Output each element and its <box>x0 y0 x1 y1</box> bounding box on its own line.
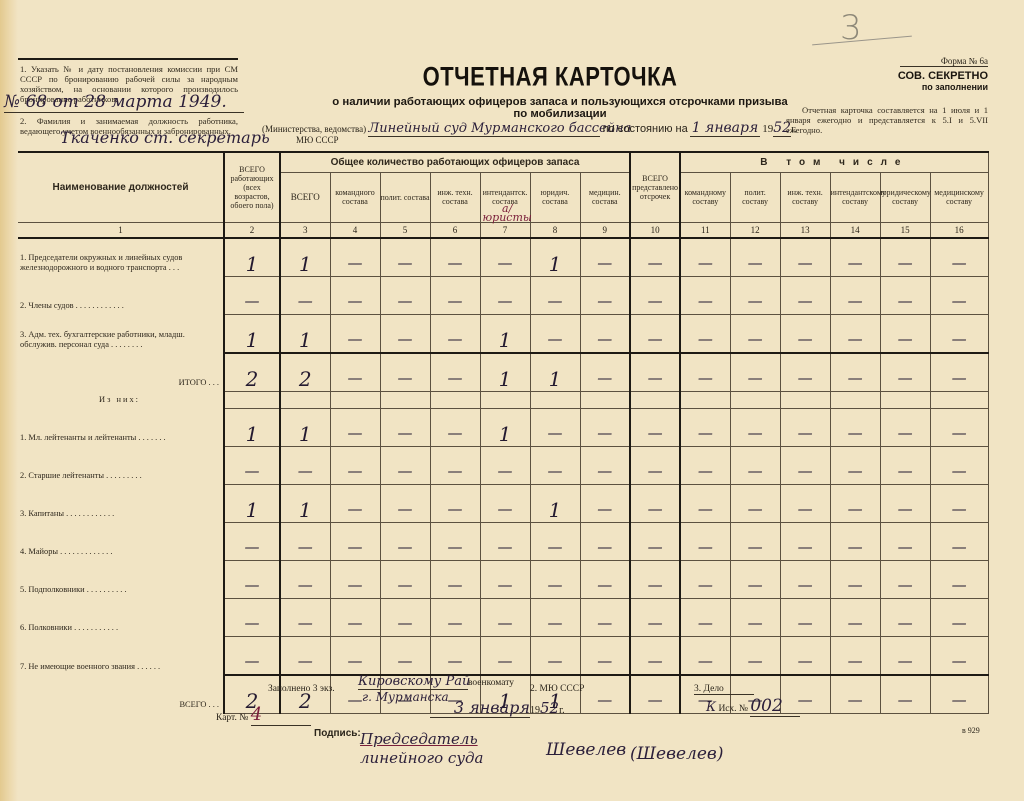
table-cell-col-3: 2 <box>280 353 330 392</box>
table-cell-col-8: — <box>530 560 580 598</box>
table-cell-col-16: — <box>930 598 988 636</box>
outgoing-prefix: К <box>706 700 716 715</box>
outgoing-label: Исх. № <box>718 704 748 714</box>
table-cell-col-15: — <box>880 484 930 522</box>
table-cell-col-2: — <box>224 636 280 675</box>
table-cell-col-15: — <box>880 446 930 484</box>
table-cell-col-10: — <box>630 484 680 522</box>
table-cell-col-14: — <box>830 238 880 277</box>
table-cell-col-7: — <box>480 484 530 522</box>
table-cell-col-11: — <box>680 238 730 277</box>
fill-date-year: 52 <box>540 699 559 717</box>
table-cell-col-9: — <box>580 560 630 598</box>
table-row: 7. Не имеющие военного звания . . . . . … <box>18 636 988 675</box>
table-cell-col-3: — <box>280 598 330 636</box>
signature-title: Председатель линейного суда <box>360 730 483 768</box>
table-cell-col-8: 1 <box>530 238 580 277</box>
col-header-political: полит. состава <box>380 172 430 222</box>
note-1-value: № 68 от 28 марта 1949. <box>4 92 244 113</box>
table-cell-col-8: 1 <box>530 484 580 522</box>
form-number: Форма № 6а <box>900 56 988 67</box>
fill-date-value: 3 января <box>430 698 530 718</box>
row-label: 1. Мл. лейтенанты и лейтенанты . . . . .… <box>18 408 224 446</box>
table-cell-col-8: — <box>530 314 580 353</box>
table-cell-col-15 <box>880 391 930 408</box>
table-cell-col-2: 1 <box>224 408 280 446</box>
col-header-command: командного состава <box>330 172 380 222</box>
table-cell-col-16: — <box>930 522 988 560</box>
filled-label: Заполнено 3 экз. <box>268 684 335 694</box>
row-label: 2. Старшие лейтенанты . . . . . . . . . <box>18 446 224 484</box>
table-cell-col-15: — <box>880 276 930 314</box>
table-cell-col-10: — <box>630 675 680 714</box>
table-cell-col-14: — <box>830 484 880 522</box>
fill-date: 3 января1952г. <box>430 698 565 718</box>
col-number: 15 <box>880 222 930 238</box>
table-cell-col-4: — <box>330 560 380 598</box>
as-of-label: по состоянию на <box>603 123 688 135</box>
table-cell-col-15: — <box>880 238 930 277</box>
table-cell-col-11 <box>680 391 730 408</box>
row-label: ИТОГО . . . <box>18 353 224 392</box>
table-cell-col-3: — <box>280 636 330 675</box>
table-row: 2. Старшие лейтенанты . . . . . . . . .—… <box>18 446 988 484</box>
table-cell-col-5: — <box>380 408 430 446</box>
table-cell-col-8: 1 <box>530 353 580 392</box>
table-cell-col-13: — <box>780 560 830 598</box>
col-number: 7 <box>480 222 530 238</box>
table-cell-col-11: — <box>680 560 730 598</box>
table-cell-col-14: — <box>830 636 880 675</box>
table-cell-col-6: — <box>430 598 480 636</box>
table-cell-col-13: — <box>780 353 830 392</box>
table-cell-col-2: — <box>224 446 280 484</box>
table-cell-col-6: — <box>430 408 480 446</box>
table-cell-col-13: — <box>780 314 830 353</box>
copy-1: Кировскому Райвоенкомату <box>358 674 514 690</box>
table-cell-col-8: — <box>530 598 580 636</box>
table-body: 1. Председатели окружных и линейных судо… <box>18 238 988 714</box>
table-cell-col-13: — <box>780 446 830 484</box>
table-cell-col-5: — <box>380 522 430 560</box>
table-cell-col-7: 1 <box>480 408 530 446</box>
note-2-value: Ткаченко ст. секретарь <box>60 128 270 147</box>
col-group-reserve-officers: Общее количество работающих офицеров зап… <box>280 152 630 172</box>
table-cell-col-5: — <box>380 314 430 353</box>
outgoing-value: 002 <box>750 696 800 717</box>
col-group-including: В том числе <box>680 152 988 172</box>
table-cell-col-2: 1 <box>224 238 280 277</box>
table-cell-col-3: — <box>280 522 330 560</box>
table-cell-col-8: — <box>530 408 580 446</box>
table-cell-col-7: — <box>480 238 530 277</box>
table-cell-col-12: — <box>730 276 780 314</box>
table-cell-col-4: — <box>330 636 380 675</box>
schedule-note: Отчетная карточка составляется на 1 июля… <box>786 105 988 135</box>
table-cell-col-9: — <box>580 522 630 560</box>
table-cell-col-7: 1 <box>480 353 530 392</box>
table-cell-col-14: — <box>830 560 880 598</box>
table-cell-col-9: — <box>580 276 630 314</box>
col-header-medical: медицин. состава <box>580 172 630 222</box>
table-cell-col-2: — <box>224 560 280 598</box>
col-header-total: ВСЕГО <box>280 172 330 222</box>
col-header-political-deferral: полит. составу <box>730 172 780 222</box>
table-cell-col-5: — <box>380 484 430 522</box>
table-cell-col-9 <box>580 391 630 408</box>
signature-title-line-2: линейного суда <box>360 749 483 768</box>
table-cell-col-5: — <box>380 238 430 277</box>
table-cell-col-6: — <box>430 238 480 277</box>
copy-3: 3. Дело <box>694 684 754 695</box>
table-cell-col-14: — <box>830 408 880 446</box>
row-label: 6. Полковники . . . . . . . . . . . <box>18 598 224 636</box>
table-cell-col-15: — <box>880 560 930 598</box>
row-label: 5. Подполковники . . . . . . . . . . <box>18 560 224 598</box>
table-cell-col-6: — <box>430 522 480 560</box>
table-cell-col-4 <box>330 391 380 408</box>
col-header-command-deferral: командному составу <box>680 172 730 222</box>
table-cell-col-10: — <box>630 446 680 484</box>
col-number: 14 <box>830 222 880 238</box>
table-cell-col-10: — <box>630 522 680 560</box>
table-cell-col-11: — <box>680 408 730 446</box>
table-cell-col-3: — <box>280 446 330 484</box>
table-cell-col-7: — <box>480 560 530 598</box>
table-cell-col-10: — <box>630 276 680 314</box>
table-cell-col-16: — <box>930 314 988 353</box>
table-cell-col-13: — <box>780 484 830 522</box>
col-number: 8 <box>530 222 580 238</box>
copy-1-suffix: военкомату <box>468 678 514 688</box>
table-cell-col-11: — <box>680 353 730 392</box>
card-label: Карт. № <box>216 713 248 723</box>
table-cell-col-5: — <box>380 353 430 392</box>
col-header-quartermaster: интендантск. состава а/юристы <box>480 172 530 222</box>
table-cell-col-12: — <box>730 484 780 522</box>
table-cell-col-9: — <box>580 636 630 675</box>
table-cell-col-4: — <box>330 484 380 522</box>
col-header-juridical-deferral: юридическому составу <box>880 172 930 222</box>
table-cell-col-6: — <box>430 314 480 353</box>
table-cell-col-14 <box>830 391 880 408</box>
col-header-medical-deferral: медицинскому составу <box>930 172 988 222</box>
table-cell-col-2: 2 <box>224 353 280 392</box>
table-cell-col-6: — <box>430 276 480 314</box>
table-cell-col-8: — <box>530 276 580 314</box>
table-cell-col-12: — <box>730 446 780 484</box>
table-cell-col-14: — <box>830 522 880 560</box>
col-annotation-lawyers: а/юристы <box>483 204 532 222</box>
table-cell-col-6: — <box>430 446 480 484</box>
table-row: 1. Председатели окружных и линейных судо… <box>18 238 988 277</box>
row-label: 3. Капитаны . . . . . . . . . . . . <box>18 484 224 522</box>
table-cell-col-12: — <box>730 636 780 675</box>
table-cell-col-16: — <box>930 446 988 484</box>
table-cell-col-10: — <box>630 238 680 277</box>
table-cell-col-13: — <box>780 598 830 636</box>
table-cell-col-4: — <box>330 238 380 277</box>
table-cell-col-12: — <box>730 314 780 353</box>
col-number: 9 <box>580 222 630 238</box>
row-label: 1. Председатели окружных и линейных судо… <box>18 238 224 277</box>
table-cell-col-11: — <box>680 598 730 636</box>
card-number: Карт. № 4 <box>216 704 311 726</box>
col-header-total-workers: ВСЕГО работающих (всех возрастов, обоего… <box>224 152 280 222</box>
col-number: 10 <box>630 222 680 238</box>
table-cell-col-9: — <box>580 446 630 484</box>
signature-label: Подпись: <box>314 728 361 739</box>
table-cell-col-12: — <box>730 238 780 277</box>
table-row: 5. Подполковники . . . . . . . . . .————… <box>18 560 988 598</box>
table-subheader-row: Из них: <box>18 391 988 408</box>
table-cell-col-15: — <box>880 598 930 636</box>
col-number: 6 <box>430 222 480 238</box>
table-cell-col-5: — <box>380 560 430 598</box>
col-number: 2 <box>224 222 280 238</box>
table-cell-col-10: — <box>630 598 680 636</box>
table-cell-col-15: — <box>880 636 930 675</box>
col-number: 5 <box>380 222 430 238</box>
table-cell-col-15: — <box>880 408 930 446</box>
table-cell-col-6: — <box>430 636 480 675</box>
table-cell-col-7: — <box>480 636 530 675</box>
table-cell-col-16 <box>930 391 988 408</box>
table-cell-col-4: — <box>330 408 380 446</box>
table-cell-col-3: 1 <box>280 238 330 277</box>
signature-printed-name: (Шевелев) <box>630 744 723 764</box>
ministry-value: Линейный суд Мурманского бассейна <box>368 121 600 137</box>
table-cell-col-2 <box>224 391 280 408</box>
table-cell-col-4: — <box>330 522 380 560</box>
table-cell-col-12: — <box>730 408 780 446</box>
copy-1-value: Кировскому Рай <box>358 674 468 690</box>
table-cell-col-12 <box>730 391 780 408</box>
table-cell-col-6: — <box>430 484 480 522</box>
table-cell-col-2: — <box>224 522 280 560</box>
table-cell-col-10: — <box>630 353 680 392</box>
fill-date-year-prefix: 19 <box>530 705 540 716</box>
table-cell-col-13: — <box>780 408 830 446</box>
table-cell-col-16: — <box>930 408 988 446</box>
table-cell-col-12: — <box>730 522 780 560</box>
outgoing-number: К Исх. № 002 <box>706 696 800 717</box>
col-number: 1 <box>18 222 224 238</box>
col-number: 11 <box>680 222 730 238</box>
subtitle-line-1: о наличии работающих офицеров запаса и п… <box>260 96 860 108</box>
table-cell-col-13: — <box>780 238 830 277</box>
table-cell-col-3 <box>280 391 330 408</box>
table-cell-col-11: — <box>680 276 730 314</box>
table-row: 3. Адм. тех. бухгалтерские работники, мл… <box>18 314 988 353</box>
table-cell-col-4: — <box>330 276 380 314</box>
table-cell-col-2: 1 <box>224 314 280 353</box>
top-left-rule <box>18 58 238 60</box>
table-cell-col-2: — <box>224 276 280 314</box>
pencil-stroke <box>812 36 912 46</box>
col-header-engineering: инж. техн. состава <box>430 172 480 222</box>
table-cell-col-16: — <box>930 675 988 714</box>
table-cell-col-9: — <box>580 314 630 353</box>
table-cell-col-14: — <box>830 276 880 314</box>
table-cell-col-13 <box>780 391 830 408</box>
card-value: 4 <box>251 704 311 726</box>
signature-handwritten: Шевелев <box>546 740 626 760</box>
table-cell-col-15: — <box>880 353 930 392</box>
row-label: 4. Майоры . . . . . . . . . . . . . <box>18 522 224 560</box>
table-cell-col-7: — <box>480 276 530 314</box>
table-cell-col-7: — <box>480 598 530 636</box>
ministry-printed: МЮ СССР <box>296 135 339 145</box>
copy-2: 2. МЮ СССР <box>530 684 584 694</box>
col-number: 3 <box>280 222 330 238</box>
page-title: ОТЧЕТНАЯ КАРТОЧКА <box>340 61 760 92</box>
col-number: 4 <box>330 222 380 238</box>
row-label: ВСЕГО . . . <box>18 675 224 714</box>
table-cell-col-11: — <box>680 484 730 522</box>
table-cell-col-12: — <box>730 598 780 636</box>
col-header-total-deferrals: ВСЕГО представлено отсрочек <box>630 152 680 222</box>
table-cell-col-11: — <box>680 314 730 353</box>
table-row: 1. Мл. лейтенанты и лейтенанты . . . . .… <box>18 408 988 446</box>
print-code: в 929 <box>962 726 980 735</box>
table-cell-col-10 <box>630 391 680 408</box>
table-cell-col-3: 1 <box>280 408 330 446</box>
table-cell-col-6: — <box>430 353 480 392</box>
col-header-quartermaster-deferral: интендантскому составу <box>830 172 880 222</box>
row-label: 3. Адм. тех. бухгалтерские работники, мл… <box>18 314 224 353</box>
table-cell-col-7: — <box>480 446 530 484</box>
table-cell-col-4: — <box>330 314 380 353</box>
table-cell-col-3: — <box>280 276 330 314</box>
table-cell-col-16: — <box>930 238 988 277</box>
table-cell-col-16: — <box>930 560 988 598</box>
col-number: 12 <box>730 222 780 238</box>
table-cell-col-10: — <box>630 636 680 675</box>
table-cell-col-14: — <box>830 446 880 484</box>
table-cell-col-8 <box>530 391 580 408</box>
column-number-row: 1 2 3 4 5 6 7 8 9 10 11 12 13 14 15 16 <box>18 222 988 238</box>
year-prefix: 19 <box>762 123 773 135</box>
table-cell-col-11: — <box>680 446 730 484</box>
table-cell-col-14: — <box>830 314 880 353</box>
table-cell-col-2: 1 <box>224 484 280 522</box>
table-total-row: ИТОГО . . .22———11———————— <box>18 353 988 392</box>
table-cell-col-11: — <box>680 522 730 560</box>
table-cell-col-16: — <box>930 484 988 522</box>
table-cell-col-10: — <box>630 560 680 598</box>
table-cell-col-11: — <box>680 636 730 675</box>
fill-date-year-suffix: г. <box>559 705 564 716</box>
table-cell-col-13: — <box>780 522 830 560</box>
table-cell-col-3: 1 <box>280 314 330 353</box>
table-cell-col-14: — <box>830 598 880 636</box>
table-row: 6. Полковники . . . . . . . . . . .—————… <box>18 598 988 636</box>
table-row: 4. Майоры . . . . . . . . . . . . .—————… <box>18 522 988 560</box>
table-cell-col-9: — <box>580 484 630 522</box>
table-cell-col-15: — <box>880 522 930 560</box>
ministry-line: (Министерства, ведомства) Линейный суд М… <box>262 120 797 137</box>
table-cell-col-4: — <box>330 353 380 392</box>
row-label: 7. Не имеющие военного звания . . . . . … <box>18 636 224 675</box>
table-cell-col-16: — <box>930 353 988 392</box>
table-cell-col-4: — <box>330 446 380 484</box>
col-header-engineering-deferral: инж. техн. составу <box>780 172 830 222</box>
signature-title-line-1: Председатель <box>360 730 483 749</box>
table-cell-col-8: — <box>530 636 580 675</box>
table-cell-col-5: — <box>380 636 430 675</box>
ministry-label: (Министерства, ведомства) <box>262 124 366 134</box>
table-row: 3. Капитаны . . . . . . . . . . . .11———… <box>18 484 988 522</box>
table-cell-col-7: — <box>480 522 530 560</box>
table-cell-col-14: — <box>830 353 880 392</box>
table-cell-col-9: — <box>580 353 630 392</box>
report-table: Наименование должностей ВСЕГО работающих… <box>18 151 989 714</box>
table-cell-col-5: — <box>380 276 430 314</box>
table-cell-col-9: — <box>580 675 630 714</box>
table-cell-col-10: — <box>630 408 680 446</box>
table-cell-col-13: — <box>780 636 830 675</box>
col-header-juridical: юридич. состава <box>530 172 580 222</box>
secrecy-note: по заполнении <box>860 82 988 92</box>
table-cell-col-10: — <box>630 314 680 353</box>
table-cell-col-8: — <box>530 522 580 560</box>
table-cell-col-6 <box>430 391 480 408</box>
table-cell-col-3: — <box>280 560 330 598</box>
row-label: 2. Члены судов . . . . . . . . . . . . <box>18 276 224 314</box>
col-header-positions: Наименование должностей <box>18 152 224 222</box>
table-cell-col-2: — <box>224 598 280 636</box>
as-of-value: 1 января <box>690 120 760 137</box>
table-row: 2. Члены судов . . . . . . . . . . . .——… <box>18 276 988 314</box>
table-cell-col-14: — <box>830 675 880 714</box>
table-cell-col-7: 1 <box>480 314 530 353</box>
table-cell-col-3: 1 <box>280 484 330 522</box>
table-cell-col-5 <box>380 391 430 408</box>
table-cell-col-16: — <box>930 636 988 675</box>
table-cell-col-6: — <box>430 560 480 598</box>
table-cell-col-15: — <box>880 314 930 353</box>
table-cell-col-13: — <box>780 276 830 314</box>
row-label: Из них: <box>18 391 224 408</box>
subtitle-line-2: по мобилизации <box>260 108 860 120</box>
table-cell-col-5: — <box>380 598 430 636</box>
table-cell-col-5: — <box>380 446 430 484</box>
secrecy-label: СОВ. СЕКРЕТНО <box>860 70 988 82</box>
col-number: 13 <box>780 222 830 238</box>
table-cell-col-4: — <box>330 598 380 636</box>
table-cell-col-7 <box>480 391 530 408</box>
table-cell-col-12: — <box>730 560 780 598</box>
table-cell-col-8: — <box>530 446 580 484</box>
table-cell-col-16: — <box>930 276 988 314</box>
subtitle: о наличии работающих офицеров запаса и п… <box>260 96 860 120</box>
table-cell-col-15: — <box>880 675 930 714</box>
col-number: 16 <box>930 222 988 238</box>
table-cell-col-9: — <box>580 238 630 277</box>
table-cell-col-9: — <box>580 598 630 636</box>
table-cell-col-12: — <box>730 353 780 392</box>
table-cell-col-9: — <box>580 408 630 446</box>
